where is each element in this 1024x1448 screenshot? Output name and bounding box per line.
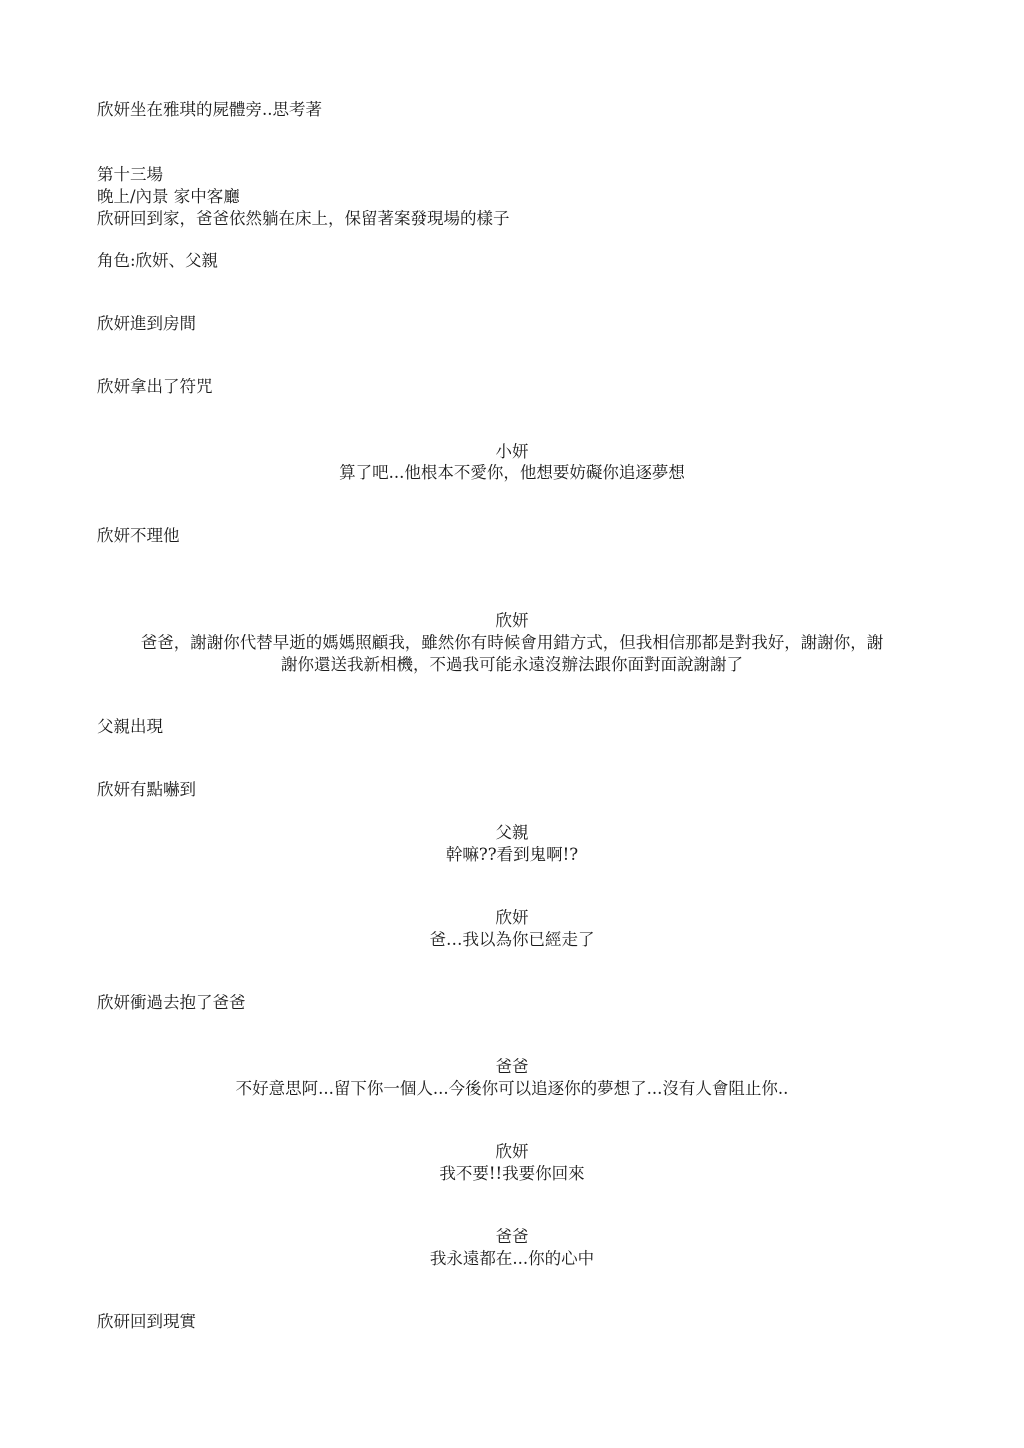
- dialogue-speaker: 欣妍: [100, 907, 924, 929]
- scene-number: 第十三場: [97, 164, 163, 186]
- scene-setting: 晚上/內景 家中客廳: [97, 186, 240, 208]
- dialogue-line: 我永遠都在...你的心中: [100, 1248, 924, 1270]
- dialogue-line: 算了吧...他根本不愛你，他想要妨礙你追逐夢想: [100, 462, 924, 484]
- dialogue-line: 幹嘛??看到鬼啊!?: [100, 844, 924, 866]
- dialogue-speaker: 小妍: [100, 441, 924, 463]
- dialogue-speaker: 爸爸: [100, 1056, 924, 1078]
- dialogue-line: 不好意思阿...留下你一個人...今後你可以追逐你的夢想了...沒有人會阻止你.…: [100, 1078, 924, 1100]
- action-line: 欣妍進到房間: [97, 313, 196, 335]
- dialogue-line: 謝你還送我新相機，不過我可能永遠沒辦法跟你面對面說謝謝了: [100, 654, 924, 676]
- action-line: 欣妍不理他: [97, 525, 180, 547]
- action-line: 父親出現: [97, 716, 163, 738]
- dialogue-speaker: 欣妍: [100, 610, 924, 632]
- scene-description: 欣研回到家，爸爸依然躺在床上，保留著案發現場的樣子: [97, 208, 510, 230]
- action-line: 欣妍衝過去抱了爸爸: [97, 992, 246, 1014]
- character-list: 角色:欣妍、父親: [97, 250, 218, 272]
- dialogue-line: 爸…我以為你已經走了: [100, 929, 924, 951]
- dialogue-speaker: 父親: [100, 822, 924, 844]
- dialogue-speaker: 欣妍: [100, 1141, 924, 1163]
- action-line: 欣妍坐在雅琪的屍體旁..思考著: [97, 99, 322, 121]
- dialogue-speaker: 爸爸: [100, 1226, 924, 1248]
- action-line: 欣妍拿出了符咒: [97, 376, 213, 398]
- script-page: 欣妍坐在雅琪的屍體旁..思考著 第十三場 晚上/內景 家中客廳 欣研回到家，爸爸…: [0, 0, 1024, 1448]
- dialogue-line: 我不要!!我要你回來: [100, 1163, 924, 1185]
- action-line: 欣妍有點嚇到: [97, 779, 196, 801]
- dialogue-line: 爸爸，謝謝你代替早逝的媽媽照顧我，雖然你有時候會用錯方式，但我相信那都是對我好，…: [100, 632, 924, 654]
- action-line: 欣研回到現實: [97, 1311, 196, 1333]
